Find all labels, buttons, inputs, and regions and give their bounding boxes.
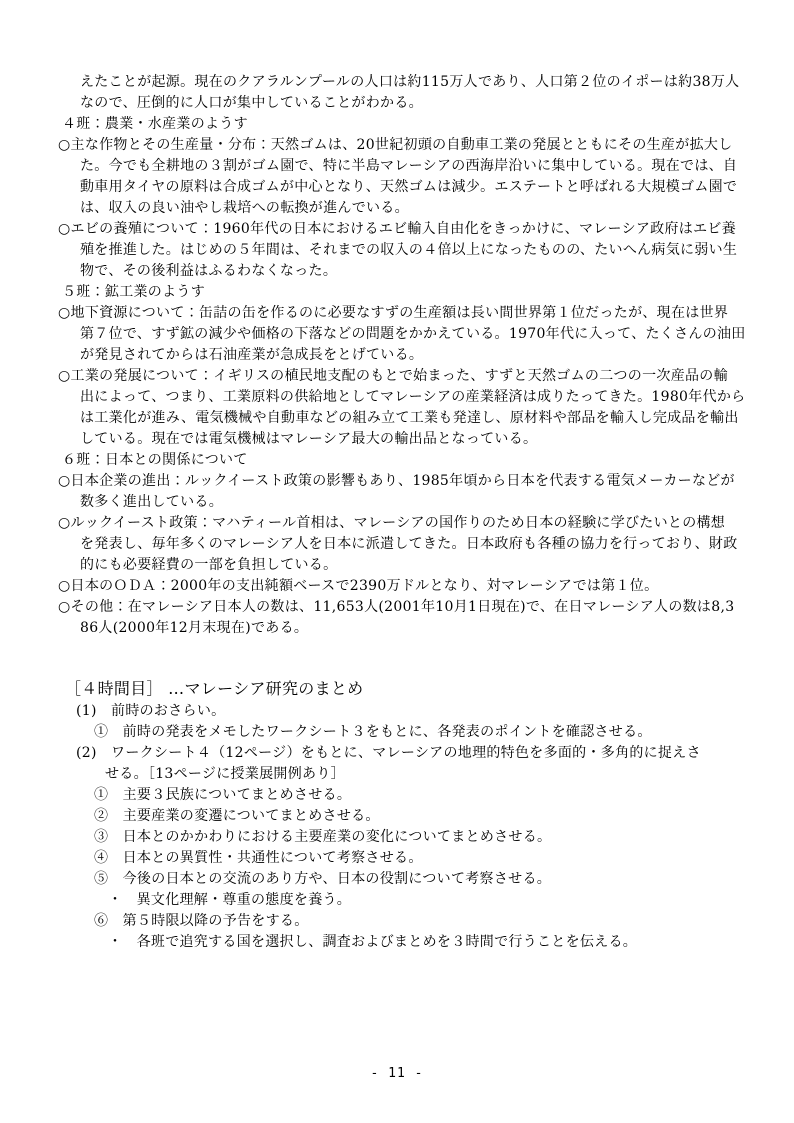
continuation-line: せる。［13ページに授業展開例あり］ — [105, 764, 754, 785]
sub-bullet-item: ・ 異文化理解・尊重の態度を養う。 — [108, 890, 754, 911]
body-line: ○ルックイースト政策：マハティール首相は、マレーシアの国作りのため日本の経験に学… — [58, 513, 754, 534]
section-heading: ［４時間目］ …マレーシア研究のまとめ — [65, 677, 754, 701]
group-header-4: ４班：農業・水産業のようす — [62, 114, 754, 135]
body-line: を発表し、毎年多くのマレーシア人を日本に派遣してきた。日本政府も各種の協力を行っ… — [80, 534, 754, 555]
body-line: ○日本企業の進出：ルックイースト政策の影響もあり、1985年頃から日本を代表する… — [58, 471, 754, 492]
circled-item: ⑤ 今後の日本との交流のあり方や、日本の役割について考察させる。 — [94, 869, 754, 890]
sub-bullet-item: ・ 各班で追究する国を選択し、調査およびまとめを３時間で行うことを伝える。 — [108, 932, 754, 953]
body-line: 第７位で、すず鉱の減少や価格の下落などの問題をかかえている。1970年代に入って… — [80, 324, 754, 345]
body-line: なので、圧倒的に人口が集中していることがわかる。 — [80, 93, 754, 114]
body-line: えたことが起源。現在のクアラルンプールの人口は約115万人であり、人口第２位のイ… — [80, 72, 754, 93]
page-number: - 11 - — [0, 1066, 794, 1081]
group-header-6: ６班：日本との関係について — [62, 450, 754, 471]
body-line: ○エビの養殖について：1960年代の日本におけるエビ輸入自由化をきっかけに、マレ… — [58, 219, 754, 240]
body-line: は工業化が進み、電気機械や自動車などの組み立て工業も発達し、原材料や部品を輸入し… — [80, 408, 754, 429]
body-line: ○日本のＯＤＡ：2000年の支出純額ベースで2390万ドルとなり、対マレーシアで… — [58, 576, 754, 597]
body-line: ○主な作物とその生産量・分布：天然ゴムは、20世紀初頭の自動車工業の発展とともに… — [58, 135, 754, 156]
body-line: ○工業の発展について：イギリスの植民地支配のもとで始まった、すずと天然ゴムの二つ… — [58, 366, 754, 387]
body-line: ○その他：在マレーシア日本人の数は、11,653人(2001年10月1日現在)で… — [58, 597, 754, 618]
body-line: 殖を推進した。はじめの５年間は、それまでの収入の４倍以上になったものの、たいへん… — [80, 240, 754, 261]
document-page: えたことが起源。現在のクアラルンプールの人口は約115万人であり、人口第２位のイ… — [0, 0, 794, 1123]
circled-item: ④ 日本との異質性・共通性について考察させる。 — [94, 848, 754, 869]
body-line: している。現在では電気機械はマレーシア最大の輸出品となっている。 — [80, 429, 754, 450]
body-line: ○地下資源について：缶詰の缶を作るのに必要なすずの生産額は長い間世界第１位だった… — [58, 303, 754, 324]
circled-item: ⑥ 第５時限以降の予告をする。 — [94, 911, 754, 932]
circled-item: ③ 日本とのかかわりにおける主要産業の変化についてまとめさせる。 — [94, 827, 754, 848]
body-line: 出によって、つまり、工業原料の供給地としてマレーシアの産業経済は成りたってきた。… — [80, 387, 754, 408]
circled-item: ① 主要３民族についてまとめさせる。 — [94, 785, 754, 806]
document-body: えたことが起源。現在のクアラルンプールの人口は約115万人であり、人口第２位のイ… — [58, 72, 754, 953]
body-line: 物で、その後利益はふるわなくなった。 — [80, 261, 754, 282]
body-line: 動車用タイヤの原料は合成ゴムが中心となり、天然ゴムは減少。エステートと呼ばれる大… — [80, 177, 754, 198]
body-line: は、収入の良い油やし栽培への転換が進んでいる。 — [80, 198, 754, 219]
body-line: 的にも必要経費の一部を負担している。 — [80, 555, 754, 576]
numbered-item: (2) ワークシート４（12ページ）をもとに、マレーシアの地理的特色を多面的・多… — [76, 743, 754, 764]
circled-item: ① 前時の発表をメモしたワークシート３をもとに、各発表のポイントを確認させる。 — [94, 722, 754, 743]
numbered-item: (1) 前時のおさらい。 — [76, 701, 754, 722]
body-line: 86人(2000年12月末現在)である。 — [80, 618, 754, 639]
body-line: が発見されてからは石油産業が急成長をとげている。 — [80, 345, 754, 366]
body-line: た。今でも全耕地の３割がゴム園で、特に半島マレーシアの西海岸沿いに集中している。… — [80, 156, 754, 177]
body-line: 数多く進出している。 — [80, 492, 754, 513]
group-header-5: ５班：鉱工業のようす — [62, 282, 754, 303]
circled-item: ② 主要産業の変遷についてまとめさせる。 — [94, 806, 754, 827]
